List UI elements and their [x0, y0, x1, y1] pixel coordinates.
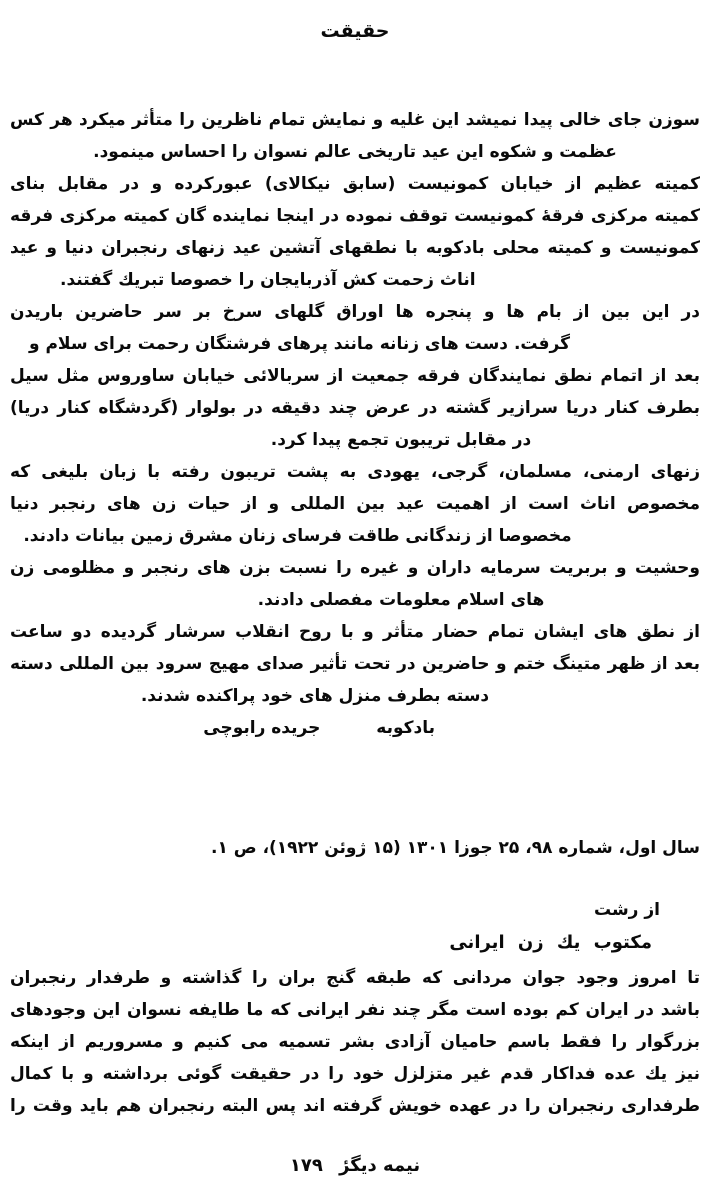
section-label: از رشت: [10, 894, 700, 926]
text-line: هاى اسلام معلومات مفصلى دادند.: [10, 584, 700, 616]
letter-heading: مكتوب يك زن ايرانى: [10, 926, 700, 960]
text-line: بعد از اتمام نطق نمايندگان فرقه جمعيت از…: [10, 360, 700, 392]
haghighat-report: سوزن جاى خالى پيدا نميشد اين غليه و نماي…: [10, 104, 700, 744]
text-line: زنهاى ارمنى، مسلمان، گرجى، يهودى به پشت …: [10, 456, 700, 488]
signature-source: جريده رابوچى: [203, 718, 320, 738]
text-line: عظمت و شكوه اين عيد تاريخى عالم نسوان را…: [10, 136, 700, 168]
page-title: حقيقت: [10, 16, 700, 46]
page-footer: نيمه ديگرٔ ۱۷۹: [10, 1150, 700, 1182]
text-line: سوزن جاى خالى پيدا نميشد اين غليه و نماي…: [10, 104, 700, 136]
text-line: مخصوصا از زندگانى طاقت فرساى زنان مشرق ز…: [10, 520, 700, 552]
text-line: وحشيت و بربريت سرمايه داران و غيره را نس…: [10, 552, 700, 584]
text-line: باشد در ايران كم بوده است مگر چند نفر اي…: [10, 994, 700, 1026]
citation-line: سال اول، شماره ۹۸، ۲۵ جوزا ۱۳۰۱ (۱۵ ژوئن…: [10, 832, 700, 864]
text-line: كميته مركزى فرقهٔ كمونيست توقف نموده در …: [10, 200, 700, 232]
text-line: در اين بين از بام ها و پنجره ها اوراق گل…: [10, 296, 700, 328]
text-line: از نطق هاى ايشان تمام حضار متأثر و با رو…: [10, 616, 700, 648]
text-line: طرفدارى رنجبران را در عهده خويش گرفته ان…: [10, 1090, 700, 1122]
page-content: حقيقت سوزن جاى خالى پيدا نميشد اين غليه …: [0, 16, 713, 1182]
text-line: تا امروز وجود جوان مردانى كه طبقه گنج بر…: [10, 962, 700, 994]
rasht-letter: تا امروز وجود جوان مردانى كه طبقه گنج بر…: [10, 962, 700, 1122]
text-line: دسته بطرف منزل هاى خود پراكنده شدند.: [10, 680, 700, 712]
footer-journal-name: نيمه ديگرٔ: [339, 1155, 420, 1176]
text-line: بزرگوار را فقط باسم حاميان آزادى بشر تسم…: [10, 1026, 700, 1058]
signature-place: بادكوبه: [376, 718, 435, 738]
text-line: بعد از ظهر متينگ ختم و حاضرين در تحت تأث…: [10, 648, 700, 680]
signature-line: بادكوبه جريده رابوچى: [10, 712, 700, 744]
text-line: گرفت. دست هاى زنانه مانند پرهاى فرشتگان …: [10, 328, 700, 360]
text-line: مخصوص اناث است از اهميت عيد بين المللى و…: [10, 488, 700, 520]
scanned-page: حقيقت سوزن جاى خالى پيدا نميشد اين غليه …: [0, 0, 713, 1200]
text-line: بطرف كنار دريا سرازير گشته در عرض چند دق…: [10, 392, 700, 424]
text-line: كمونيست و كميته محلى بادكوبه با نطقهاى آ…: [10, 232, 700, 264]
text-line: در مقابل تريبون تجمع پيدا كرد.: [10, 424, 700, 456]
text-line: كميته عظيم از خيابان كمونيست (سابق نيكال…: [10, 168, 700, 200]
footer-page-number: ۱۷۹: [290, 1155, 323, 1176]
text-line: نيز يك عده فداكار قدم غير متزلزل خود را …: [10, 1058, 700, 1090]
text-line: اناث زحمت كش آذربايجان را خصوصا تبريك گف…: [10, 264, 700, 296]
